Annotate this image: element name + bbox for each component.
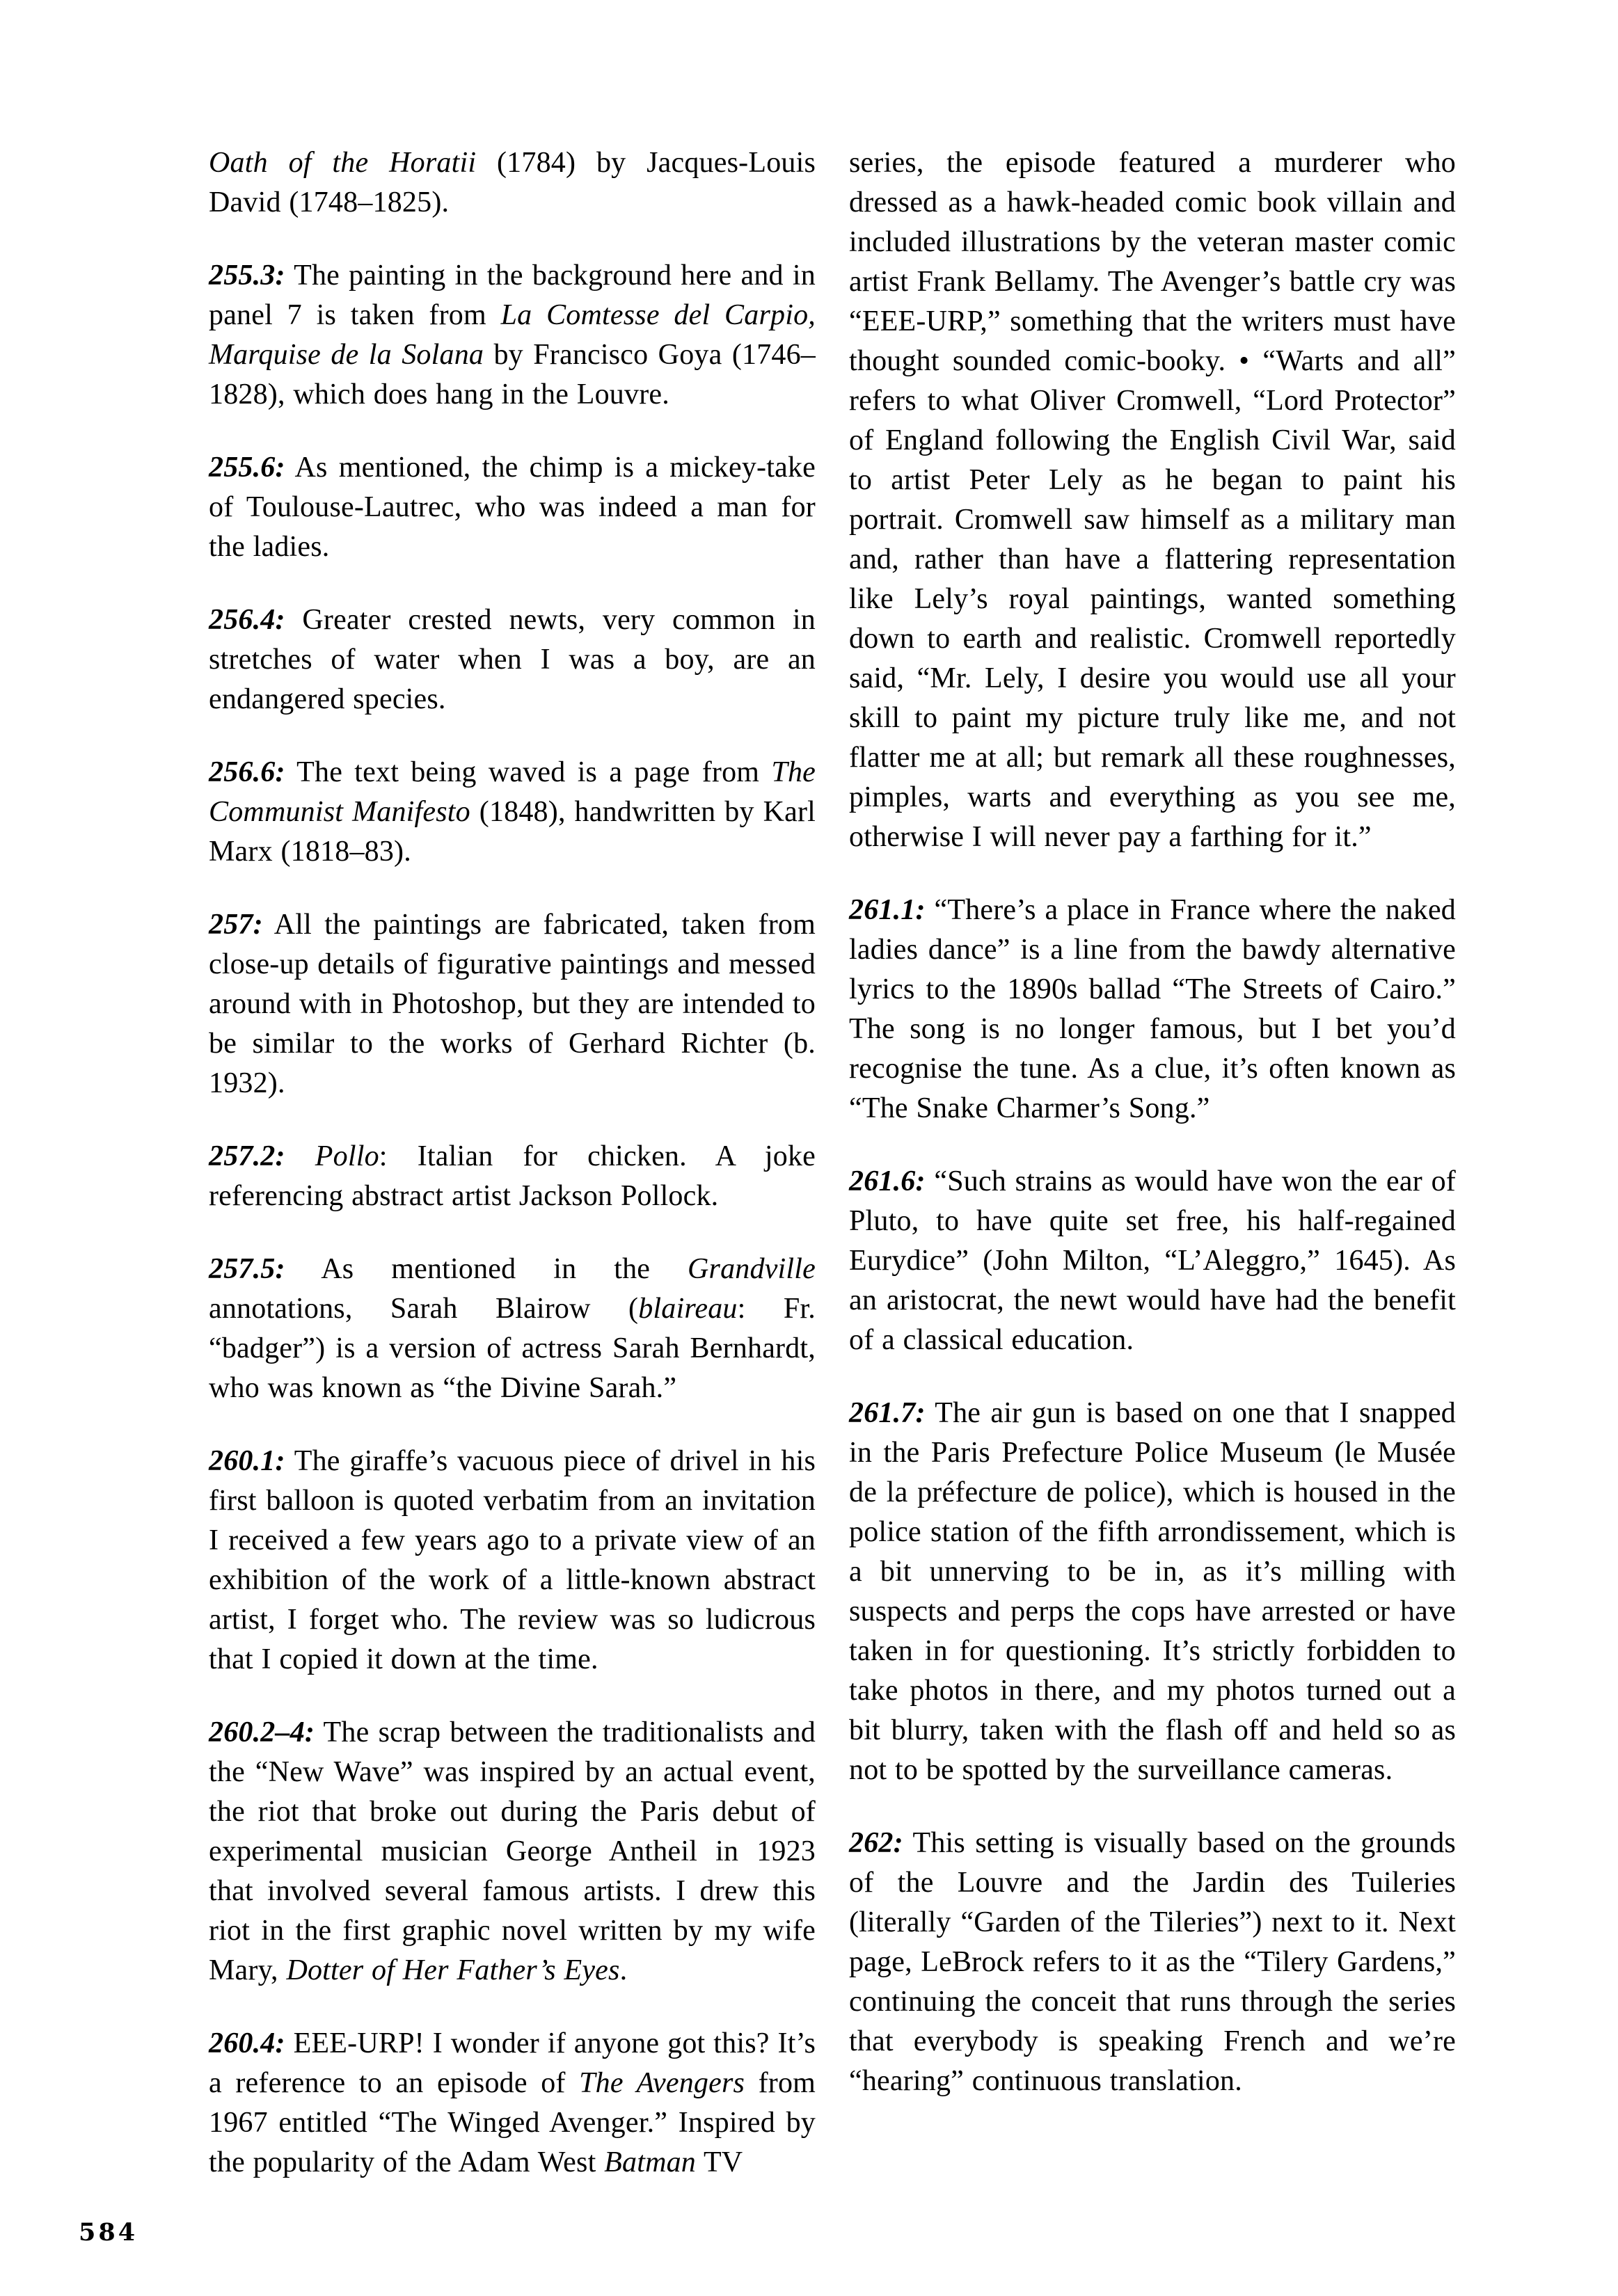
italic-text-segment: blaireau	[638, 1293, 737, 1325]
annotation-paragraph: Oath of the Horatii (1784) by Jacques-Lo…	[209, 143, 816, 223]
italic-text-segment: Pollo	[315, 1140, 379, 1172]
annotation-paragraph: 257.5: As mentioned in the Grandville an…	[209, 1250, 816, 1408]
annotation-number-label: 262:	[849, 1827, 903, 1859]
text-segment: The air gun is based on one that I snapp…	[849, 1397, 1456, 1786]
text-segment: The text being waved is a page from	[296, 756, 771, 788]
annotation-number-label: 260.4:	[209, 2027, 285, 2059]
italic-text-segment: Dotter of Her Father’s Eyes	[286, 1954, 619, 1986]
text-segment: “There’s a place in France where the nak…	[849, 894, 1456, 1124]
annotation-number-label: 260.2–4:	[209, 1716, 315, 1748]
text-segment: annotations, Sarah Blairow (	[209, 1293, 638, 1325]
text-segment: All the paintings are fabricated, taken …	[209, 909, 816, 1099]
left-column: Oath of the Horatii (1784) by Jacques-Lo…	[209, 143, 816, 2183]
text-segment: “Such strains as would have won the ear …	[849, 1165, 1456, 1356]
annotation-paragraph: 257: All the paintings are fabricated, t…	[209, 905, 816, 1103]
annotation-number-label: 260.1:	[209, 1445, 285, 1477]
annotation-number-label: 255.3:	[209, 260, 285, 292]
right-column: series, the episode featured a murderer …	[849, 143, 1456, 2101]
annotation-number-label: 261.6:	[849, 1165, 926, 1197]
annotation-paragraph: 255.3: The painting in the background he…	[209, 256, 816, 415]
text-segment: This setting is visually based on the gr…	[849, 1827, 1456, 2097]
annotation-paragraph: 257.2: Pollo: Italian for chicken. A jok…	[209, 1137, 816, 1216]
annotation-paragraph: 260.2–4: The scrap between the tradition…	[209, 1713, 816, 1991]
annotation-paragraph: 256.4: Greater crested newts, very commo…	[209, 600, 816, 719]
annotation-number-label: 256.6:	[209, 756, 285, 788]
annotation-paragraph: 260.4: EEE-URP! I wonder if anyone got t…	[209, 2024, 816, 2183]
italic-text-segment: The Avengers	[579, 2067, 745, 2099]
text-segment: The giraffe’s vacuous piece of drivel in…	[209, 1445, 816, 1675]
annotation-number-label: 257:	[209, 909, 263, 941]
annotation-paragraph: 262: This setting is visually based on t…	[849, 1824, 1456, 2101]
text-segment: TV	[696, 2146, 743, 2178]
italic-text-segment: Batman	[604, 2146, 696, 2178]
text-segment: : Italian for chicken. A joke referencin…	[209, 1140, 816, 1212]
text-segment: As mentioned, the chimp is a mickey-take…	[209, 452, 816, 563]
text-segment: series, the episode featured a murderer …	[849, 147, 1456, 853]
annotation-number-label: 261.7:	[849, 1397, 926, 1429]
book-page: Oath of the Horatii (1784) by Jacques-Lo…	[0, 0, 1618, 2296]
annotation-number-label: 257.5:	[209, 1253, 285, 1285]
page-number: 584	[79, 2218, 138, 2247]
annotation-paragraph: series, the episode featured a murderer …	[849, 143, 1456, 857]
annotation-number-label: 256.4:	[209, 604, 285, 636]
annotation-number-label: 257.2:	[209, 1140, 285, 1172]
text-segment: The scrap between the traditionalists an…	[209, 1716, 816, 1986]
annotation-paragraph: 261.1: “There’s a place in France where …	[849, 891, 1456, 1129]
text-segment: As mentioned in the	[321, 1253, 688, 1285]
italic-text-segment: Grandville	[688, 1253, 816, 1285]
annotation-number-label: 261.1:	[849, 894, 926, 926]
italic-text-segment: Oath of the Horatii	[209, 147, 476, 179]
annotation-paragraph: 256.6: The text being waved is a page fr…	[209, 753, 816, 872]
text-segment: Greater crested newts, very common in st…	[209, 604, 816, 715]
annotation-paragraph: 261.6: “Such strains as would have won t…	[849, 1162, 1456, 1360]
text-segment: .	[620, 1954, 628, 1986]
annotation-number-label: 255.6:	[209, 452, 285, 484]
annotation-paragraph: 255.6: As mentioned, the chimp is a mick…	[209, 448, 816, 567]
annotation-paragraph: 261.7: The air gun is based on one that …	[849, 1394, 1456, 1790]
annotation-paragraph: 260.1: The giraffe’s vacuous piece of dr…	[209, 1442, 816, 1680]
